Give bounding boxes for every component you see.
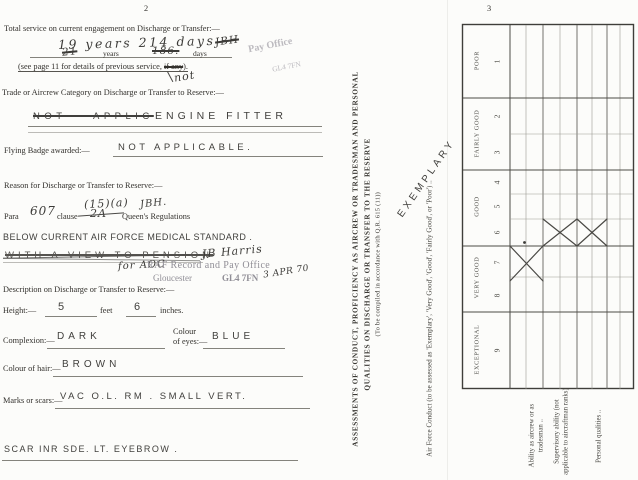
rating-x-marks — [510, 219, 607, 281]
band-num-5: 5 — [493, 201, 502, 213]
height-inches-value: 6 — [134, 301, 142, 313]
reason-value: BELOW CURRENT AIR FORCE MEDICAL STANDARD… — [3, 232, 252, 242]
hair-rule — [53, 376, 303, 377]
para-label: Para — [4, 212, 19, 221]
para-value: 607 — [30, 204, 56, 218]
inches-label: inches. — [160, 306, 183, 315]
band-num-3: 3 — [493, 147, 502, 159]
assessment-heading-line3: (To be compiled in accordance with Q.R. … — [372, 82, 384, 447]
signature: JB Harris — [202, 242, 264, 260]
stamp-fragment-pay-office: Pay Office — [247, 36, 293, 55]
category-label-supervisory: Supervisory ability (not applicable to a… — [553, 388, 570, 476]
trade-value: ENGINE FITTER — [155, 110, 287, 122]
page-fold-line — [447, 0, 448, 480]
page3-number: 3 — [487, 4, 491, 13]
pen-dot — [523, 241, 526, 244]
trade-struck-value: NOT APPLIC — [33, 111, 154, 122]
flying-badge-label: Flying Badge awarded:— — [4, 146, 90, 155]
stamp-line2: Gloucester — [153, 273, 192, 283]
struck-years-value: 21 — [61, 45, 78, 59]
assessment-heading: ASSESSMENTS OF CONDUCT, PROFICIENCY AS A… — [349, 82, 384, 447]
marks-value-2: SCAR INR SDE. LT. EYEBROW . — [4, 444, 178, 454]
page2-number: 2 — [144, 4, 148, 13]
eyes-rule — [203, 348, 285, 349]
band-num-8: 8 — [493, 290, 502, 302]
band-num-6: 6 — [493, 227, 502, 239]
trade-label: Trade or Aircrew Category on Discharge o… — [2, 88, 224, 97]
eyes-label-line1: Colour — [173, 327, 196, 336]
days-label: days — [193, 49, 207, 58]
trade-rule-2 — [28, 132, 322, 133]
total-service-handwritten-value: 19 years 214 days — [58, 33, 216, 52]
regulations-label: Queen's Regulations — [122, 212, 190, 221]
flying-badge-value: NOT APPLICABLE. — [118, 142, 253, 153]
conduct-label: Air Force Conduct (to be assessed as 'Ex… — [427, 154, 434, 480]
band-num-1: 1 — [493, 56, 502, 68]
marks-rule — [55, 408, 310, 409]
clause-label: clause — [57, 212, 78, 221]
complexion-value: DARK — [57, 331, 101, 342]
feet-label: feet — [100, 306, 112, 315]
band-num-9: 9 — [493, 345, 502, 357]
band-label-good: GOOD — [474, 172, 481, 242]
category-label-ability: Ability as aircrew or as tradesman .. — [528, 392, 545, 480]
height-rule-2 — [126, 316, 156, 317]
flying-badge-rule — [113, 156, 323, 157]
band-label-very-good: VERY GOOD — [474, 243, 481, 313]
total-service-initials: JBH — [214, 33, 240, 48]
marks-value: VAC O.L. RM . SMALL VERT. — [60, 391, 247, 402]
band-label-exceptional: EXCEPTIONAL — [474, 315, 481, 385]
height-feet-value: 5 — [58, 301, 66, 313]
struck-days-value: 186. — [152, 45, 179, 57]
previous-service-note: (see page 11 for details of previous ser… — [18, 62, 188, 72]
reason-label: Reason for Discharge or Transfer to Rese… — [4, 181, 162, 190]
marks-rule-2 — [2, 460, 298, 461]
description-label: Description on Discharge or Transfer to … — [3, 285, 174, 294]
height-rule-1 — [45, 316, 97, 317]
years-label: years — [103, 49, 119, 58]
assessment-heading-line2: QUALITIES ON DISCHARGE OR TRANSFER TO TH… — [361, 82, 373, 447]
scanned-document: 2 Total service on current engagement on… — [0, 0, 638, 480]
band-label-poor: POOR — [474, 26, 481, 96]
eyes-label-line2: of eyes:— — [173, 337, 207, 346]
band-label-fairly-good: FAIRLY GOOD — [474, 99, 481, 169]
complexion-label: Complexion:— — [3, 336, 55, 345]
hair-value: BROWN — [62, 359, 120, 370]
band-num-2: 2 — [493, 111, 502, 123]
hair-label: Colour of hair:— — [3, 364, 61, 373]
eyes-value: BLUE — [212, 331, 254, 342]
previous-service-note-text: (see page 11 for details of previous ser… — [18, 62, 164, 71]
stamp-line1: RAF Record and Pay Office — [147, 260, 270, 271]
total-service-label: Total service on current engagement on D… — [4, 24, 220, 33]
height-label: Height:— — [3, 306, 36, 315]
band-num-4: 4 — [493, 177, 502, 189]
annotation-not: not — [173, 68, 196, 84]
assessment-heading-line1: ASSESSMENTS OF CONDUCT, PROFICIENCY AS A… — [349, 82, 361, 447]
conduct-handwritten-value: EXEMPLARY — [396, 144, 454, 220]
band-num-7: 7 — [493, 257, 502, 269]
complexion-rule — [47, 348, 165, 349]
stamp-fragment-gl47fn: GL4 7FN — [271, 59, 301, 73]
category-label-personal: Personal qualities .. — [596, 392, 605, 480]
stamp-line3: GL4 7FN — [222, 273, 258, 283]
trade-rule-1 — [28, 126, 322, 127]
marks-label: Marks or scars:— — [3, 396, 62, 405]
clause-initials: JBH. — [139, 197, 167, 211]
